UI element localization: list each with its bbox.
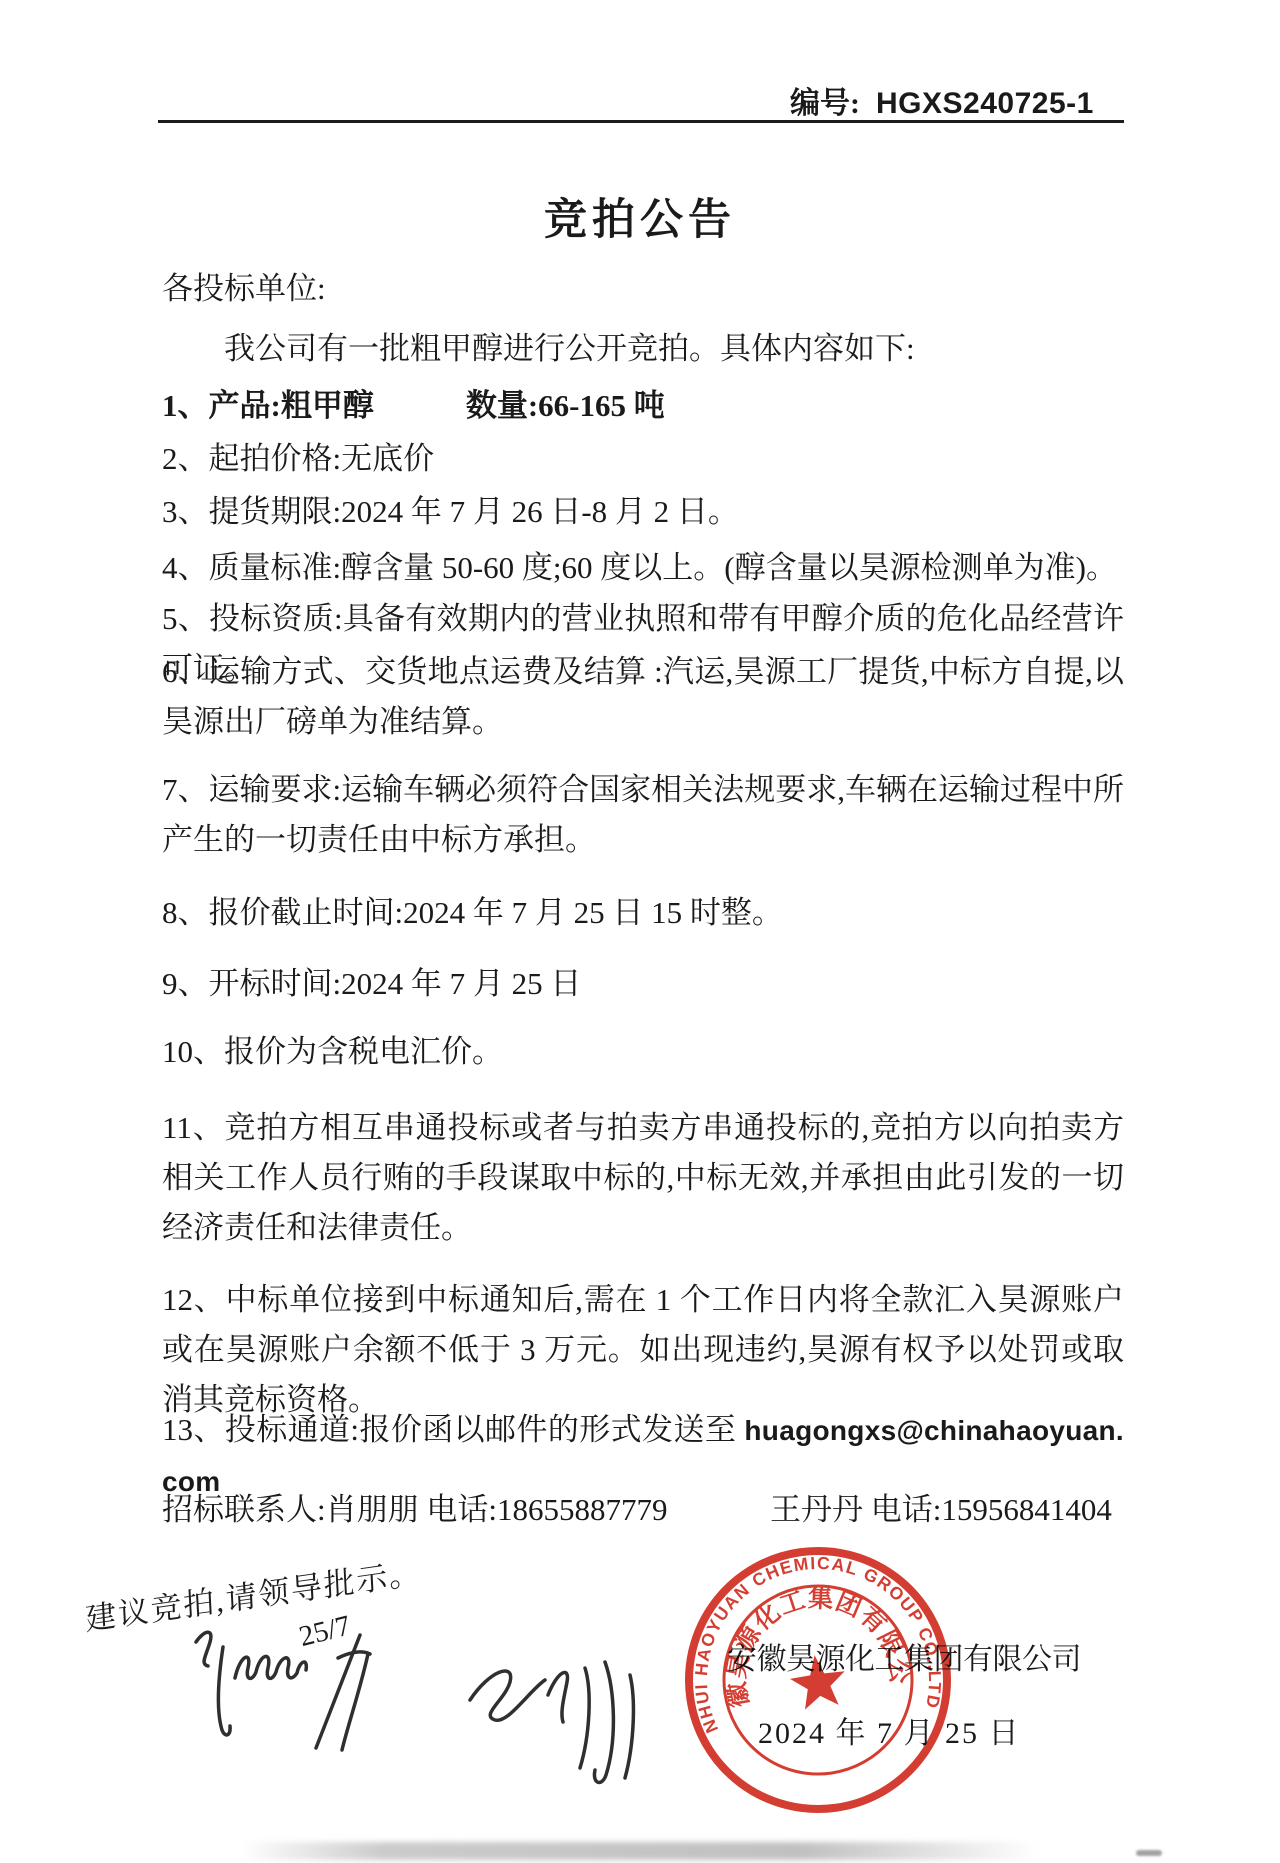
page-title: 竞拍公告 [0,186,1280,247]
contact-left: 招标联系人:肖朋朋 电话:18655887779 [162,1492,667,1527]
intro-paragraph: 我公司有一批粗甲醇进行公开竞拍。具体内容如下: [162,324,1124,374]
manager-signature-stroke-5 [625,1675,633,1778]
item-10-price-terms: 10、报价为含税电汇价。 [162,1027,1124,1077]
contacts-line: 招标联系人:肖朋朋 电话:18655887779 王丹丹 电话:15956841… [162,1485,1124,1535]
item-12-payment-clause: 12、中标单位接到中标通知后,需在 1 个工作日内将全款汇入昊源账户或在昊源账户… [162,1275,1124,1425]
item-1-quantity: 数量:66-165 吨 [466,388,665,423]
item-11-collusion-clause: 11、竞拍方相互串通投标或者与拍卖方串通投标的,竞拍方以向拍卖方相关工作人员行贿… [162,1103,1124,1253]
item-7-transport-requirement: 7、运输要求:运输车辆必须符合国家相关法规要求,车辆在运输过程中所产生的一切责任… [162,765,1124,865]
item-1-product: 1、产品:粗甲醇数量:66-165 吨 [162,381,1124,431]
item-9-bid-opening-time: 9、开标时间:2024 年 7 月 25 日 [162,959,1124,1009]
item-3-pickup-period: 3、提货期限:2024 年 7 月 26 日-8 月 2 日。 [162,487,1124,537]
manager-signature [470,1671,545,1720]
item-6-transport-settlement: 6、运输方式、交货地点运费及结算 :汽运,昊源工厂提货,中标方自提,以昊源出厂磅… [162,647,1124,747]
doc-reference: 编号:HGXS240725-1 [790,78,1094,122]
salutation: 各投标单位: [162,264,1124,314]
pen-stroke-seven [338,1652,370,1750]
doc-reference-label: 编号: [790,87,860,120]
item-2-start-price: 2、起拍价格:无底价 [162,434,1124,484]
manager-signature-stroke-2 [548,1672,567,1722]
manager-signature-stroke-4 [594,1662,613,1782]
contact-right: 王丹丹 电话:15956841404 [770,1485,1112,1535]
scan-artifact-dot [1136,1850,1162,1856]
manager-signature-stroke-3 [580,1668,589,1768]
item-8-quote-deadline: 8、报价截止时间:2024 年 7 月 25 日 15 时整。 [162,888,1124,938]
header-divider [158,120,1124,123]
scan-artifact-band [240,1842,1040,1860]
stamp-latin-text: ANHUI HAOYUAN CHEMICAL GROUP CO.,LTD. [662,1524,950,1747]
item-4-quality-standard: 4、质量标准:醇含量 50-60 度;60 度以上。(醇含量以昊源检测单为准)。 [162,543,1124,593]
handwritten-signatures [0,1540,1280,1863]
company-stamp: ANHUI HAOYUAN CHEMICAL GROUP CO.,LTD. 安徽… [662,1524,974,1836]
pen-stroke [196,1632,211,1666]
approval-signature-scribble [218,1647,230,1735]
document-page: 编号:HGXS240725-1 竞拍公告 各投标单位: 我公司有一批粗甲醇进行公… [0,0,1280,1863]
stamp-star-icon [787,1651,849,1711]
doc-reference-number: HGXS240725-1 [876,87,1094,120]
approval-signature-loops [235,1656,306,1678]
